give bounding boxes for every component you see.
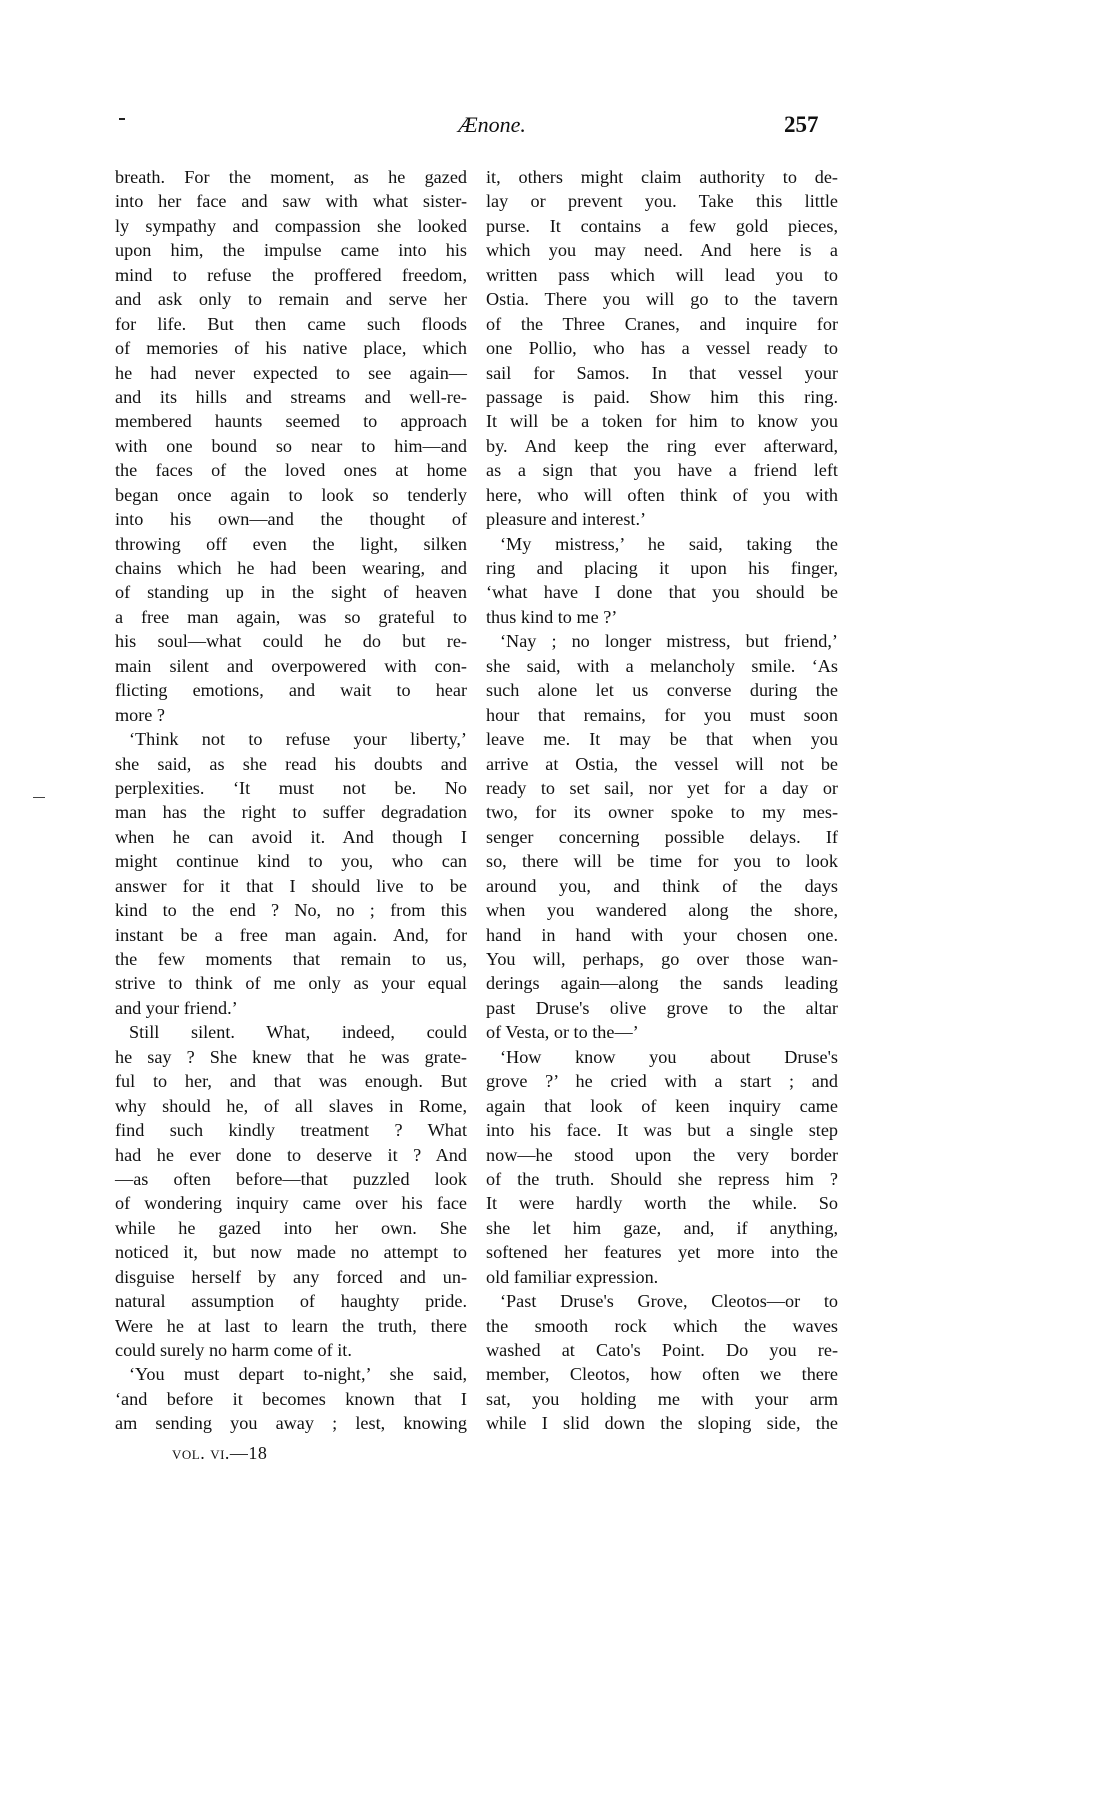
text-line: she said, as she read his doubts and (115, 752, 467, 776)
text-line: natural assumption of haughty pride. (115, 1289, 467, 1313)
text-line: past Druse's olive grove to the altar (486, 996, 838, 1020)
text-line: and its hills and streams and well-re- (115, 385, 467, 409)
text-line: he say ? She knew that he was grate- (115, 1045, 467, 1069)
text-line: senger concerning possible delays. If (486, 825, 838, 849)
text-line: the few moments that remain to us, (115, 947, 467, 971)
text-line: had he ever done to deserve it ? And (115, 1143, 467, 1167)
text-line: mind to refuse the proffered freedom, (115, 263, 467, 287)
text-line: could surely no harm come of it. (115, 1338, 467, 1362)
text-line: disguise herself by any forced and un- (115, 1265, 467, 1289)
text-line: strive to think of me only as your equal (115, 971, 467, 995)
text-line: when you wandered along the shore, (486, 898, 838, 922)
text-line: of the truth. Should she repress him ? (486, 1167, 838, 1191)
text-line: ‘and before it becomes known that I (115, 1387, 467, 1411)
text-line: one Pollio, who has a vessel ready to (486, 336, 838, 360)
text-line: ‘How know you about Druse's (486, 1045, 838, 1069)
text-line: ring and placing it upon his finger, (486, 556, 838, 580)
text-line: of the Three Cranes, and inquire for (486, 312, 838, 336)
text-line: hour that remains, for you must soon (486, 703, 838, 727)
text-line: purse. It contains a few gold pieces, (486, 214, 838, 238)
text-line: began once again to look so tenderly (115, 483, 467, 507)
text-line: he had never expected to see again— (115, 361, 467, 385)
text-line: pleasure and interest.’ (486, 507, 838, 531)
text-line: membered haunts seemed to approach (115, 409, 467, 433)
text-line: ‘My mistress,’ he said, taking the (486, 532, 838, 556)
text-line: It were hardly worth the while. So (486, 1191, 838, 1215)
text-line: leave me. It may be that when you (486, 727, 838, 751)
text-line: the smooth rock which the waves (486, 1314, 838, 1338)
text-line: perplexities. ‘It must not be. No (115, 776, 467, 800)
text-line: she said, with a melancholy smile. ‘As (486, 654, 838, 678)
text-line: which you may need. And here is a (486, 238, 838, 262)
text-line: a free man again, was so grateful to (115, 605, 467, 629)
text-line: thus kind to me ?’ (486, 605, 838, 629)
text-line: of memories of his native place, which (115, 336, 467, 360)
text-line: ‘Past Druse's Grove, Cleotos—or to (486, 1289, 838, 1313)
text-line: main silent and overpowered with con- (115, 654, 467, 678)
text-line: might continue kind to you, who can (115, 849, 467, 873)
text-line: she let him gaze, and, if anything, (486, 1216, 838, 1240)
text-line: find such kindly treatment ? What (115, 1118, 467, 1142)
text-line: for life. But then came such floods (115, 312, 467, 336)
text-line: into his own—and the thought of (115, 507, 467, 531)
text-line: kind to the end ? No, no ; from this (115, 898, 467, 922)
text-line: his soul—what could he do but re- (115, 629, 467, 653)
text-line: sat, you holding me with your arm (486, 1387, 838, 1411)
text-line: ly sympathy and compassion she looked (115, 214, 467, 238)
book-page: Ænone. 257 breath. For the moment, as he… (0, 0, 1120, 1800)
text-line: hand in hand with your chosen one. (486, 923, 838, 947)
text-line: lay or prevent you. Take this little (486, 189, 838, 213)
text-line: chains which he had been wearing, and (115, 556, 467, 580)
text-line: answer for it that I should live to be (115, 874, 467, 898)
text-line: more ? (115, 703, 467, 727)
text-line: grove ?’ he cried with a start ; and (486, 1069, 838, 1093)
text-line: it, others might claim authority to de- (486, 165, 838, 189)
text-line: now—he stood upon the very border (486, 1143, 838, 1167)
text-line: while I slid down the sloping side, the (486, 1411, 838, 1435)
text-line: by. And keep the ring ever afterward, (486, 434, 838, 458)
text-line: and ask only to remain and serve her (115, 287, 467, 311)
text-line: upon him, the impulse came into his (115, 238, 467, 262)
text-line: ‘Nay ; no longer mistress, but friend,’ (486, 629, 838, 653)
text-line: noticed it, but now made no attempt to (115, 1240, 467, 1264)
text-line: of standing up in the sight of heaven (115, 580, 467, 604)
text-line: and your friend.’ (115, 996, 467, 1020)
left-column: breath. For the moment, as he gazedinto … (115, 165, 467, 1436)
text-line: around you, and think of the days (486, 874, 838, 898)
text-line: so, there will be time for you to look (486, 849, 838, 873)
printer-mark (119, 118, 125, 120)
text-line: throwing off even the light, silken (115, 532, 467, 556)
text-line: ready to set sail, nor yet for a day or (486, 776, 838, 800)
text-line: written pass which will lead you to (486, 263, 838, 287)
text-line: of wondering inquiry came over his face (115, 1191, 467, 1215)
page-number: 257 (784, 112, 819, 138)
text-line: derings again—along the sands leading (486, 971, 838, 995)
text-line: softened her features yet more into the (486, 1240, 838, 1264)
text-line: member, Cleotos, how often we there (486, 1362, 838, 1386)
text-line: Were he at last to learn the truth, ther… (115, 1314, 467, 1338)
text-line: am sending you away ; lest, knowing (115, 1411, 467, 1435)
running-title: Ænone. (432, 112, 552, 138)
text-line: of Vesta, or to the—’ (486, 1020, 838, 1044)
text-line: passage is paid. Show him this ring. (486, 385, 838, 409)
text-line: again that look of keen inquiry came (486, 1094, 838, 1118)
text-line: two, for its owner spoke to my mes- (486, 800, 838, 824)
right-column: it, others might claim authority to de-l… (486, 165, 838, 1436)
text-line: man has the right to suffer degradation (115, 800, 467, 824)
text-line: ‘what have I done that you should be (486, 580, 838, 604)
text-line: why should he, of all slaves in Rome, (115, 1094, 467, 1118)
text-line: You will, perhaps, go over those wan- (486, 947, 838, 971)
text-line: Ostia. There you will go to the tavern (486, 287, 838, 311)
text-line: It will be a token for him to know you (486, 409, 838, 433)
text-line: as a sign that you have a friend left (486, 458, 838, 482)
text-line: old familiar expression. (486, 1265, 838, 1289)
text-line: Still silent. What, indeed, could (115, 1020, 467, 1044)
text-line: arrive at Ostia, the vessel will not be (486, 752, 838, 776)
text-line: ‘You must depart to-night,’ she said, (115, 1362, 467, 1386)
margin-mark (33, 797, 45, 798)
text-line: here, who will often think of you with (486, 483, 838, 507)
text-line: such alone let us converse during the (486, 678, 838, 702)
text-line: with one bound so near to him—and (115, 434, 467, 458)
text-line: sail for Samos. In that vessel your (486, 361, 838, 385)
text-line: into her face and saw with what sister- (115, 189, 467, 213)
text-line: breath. For the moment, as he gazed (115, 165, 467, 189)
text-line: when he can avoid it. And though I (115, 825, 467, 849)
text-line: washed at Cato's Point. Do you re- (486, 1338, 838, 1362)
signature-mark: vol. vi.—18 (172, 1443, 267, 1464)
text-line: ful to her, and that was enough. But (115, 1069, 467, 1093)
text-line: the faces of the loved ones at home (115, 458, 467, 482)
text-line: flicting emotions, and wait to hear (115, 678, 467, 702)
text-line: into his face. It was but a single step (486, 1118, 838, 1142)
text-line: —as often before—that puzzled look (115, 1167, 467, 1191)
text-line: instant be a free man again. And, for (115, 923, 467, 947)
text-line: ‘Think not to refuse your liberty,’ (115, 727, 467, 751)
text-line: while he gazed into her own. She (115, 1216, 467, 1240)
